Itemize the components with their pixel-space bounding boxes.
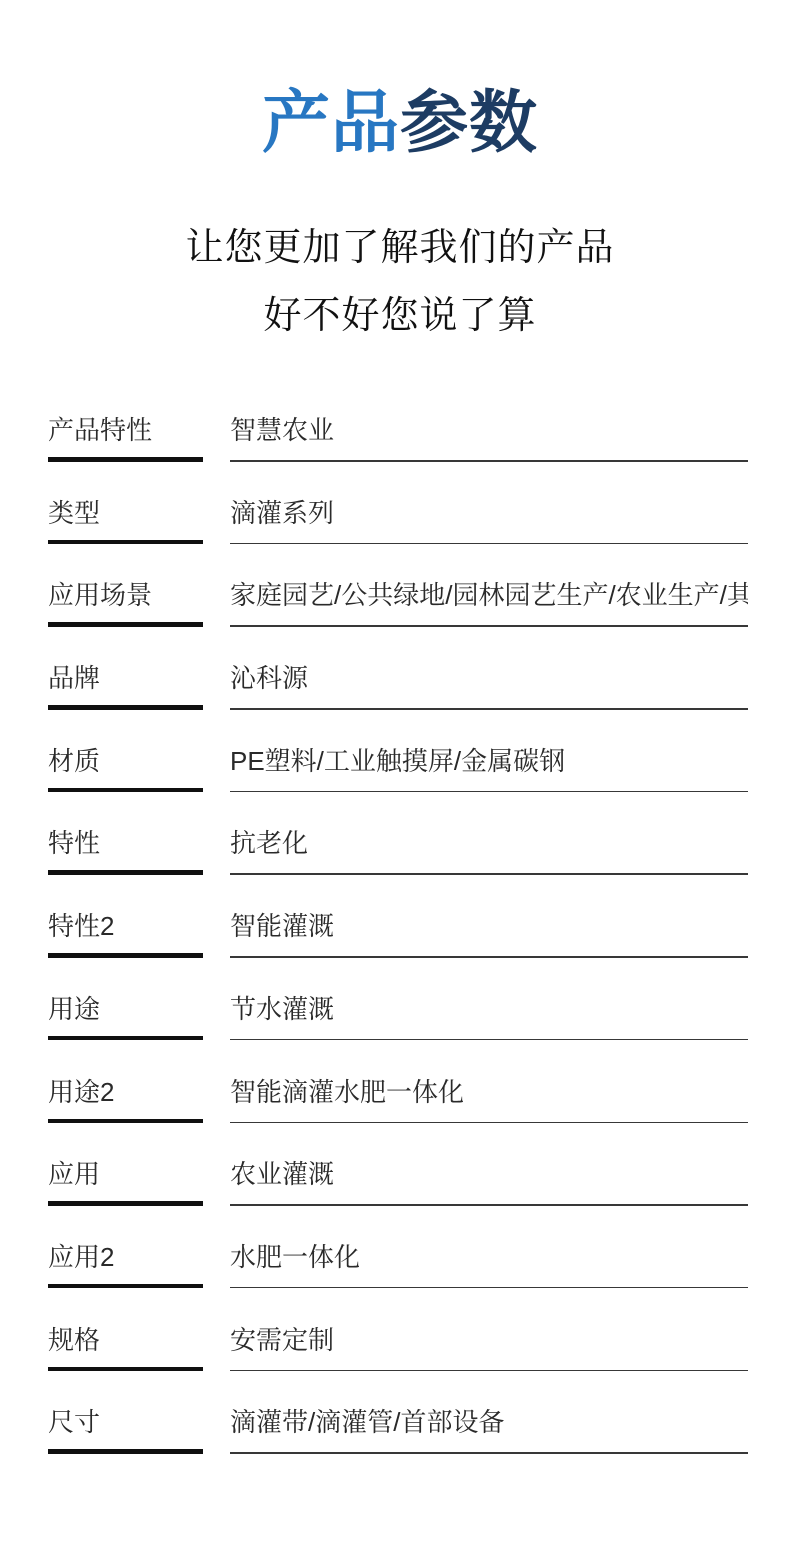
- label-underline: [48, 540, 203, 545]
- spec-row: 产品特性 智慧农业: [48, 400, 748, 483]
- spec-row: 规格 安需定制: [48, 1310, 748, 1393]
- page-title-part-2: 参数: [400, 85, 538, 161]
- spec-row: 用途 节水灌溉: [48, 979, 748, 1062]
- value-underline: [230, 625, 748, 627]
- spec-value: 安需定制: [230, 1324, 748, 1356]
- value-underline: [230, 1122, 748, 1124]
- value-underline: [230, 1039, 748, 1041]
- spec-label: 应用: [48, 1158, 230, 1190]
- page-title-part-1: 产品: [262, 85, 400, 161]
- value-underline: [230, 956, 748, 958]
- spec-row: 类型 滴灌系列: [48, 483, 748, 566]
- value-underline: [230, 1287, 748, 1289]
- spec-label: 用途: [48, 993, 230, 1025]
- spec-table: 产品特性 智慧农业 类型 滴灌系列 应用场景 家庭园艺/公共绿地/园林园艺生产/…: [48, 400, 748, 1475]
- subtitle: 让您更加了解我们的产品 好不好您说了算: [0, 214, 800, 350]
- spec-value: 沁科源: [230, 662, 748, 694]
- spec-row: 用途2 智能滴灌水肥一体化: [48, 1062, 748, 1145]
- subtitle-line-2: 好不好您说了算: [0, 282, 800, 350]
- spec-label: 品牌: [48, 662, 230, 694]
- spec-row: 应用 农业灌溉: [48, 1144, 748, 1227]
- spec-label: 特性2: [48, 910, 230, 942]
- spec-value: 智能灌溉: [230, 910, 748, 942]
- spec-row: 应用2 水肥一体化: [48, 1227, 748, 1310]
- subtitle-line-1: 让您更加了解我们的产品: [0, 214, 800, 282]
- spec-row: 特性2 智能灌溉: [48, 896, 748, 979]
- label-underline: [48, 953, 203, 958]
- value-underline: [230, 708, 748, 710]
- spec-row: 尺寸 滴灌带/滴灌管/首部设备: [48, 1392, 748, 1475]
- spec-value: 农业灌溉: [230, 1158, 748, 1190]
- spec-row: 应用场景 家庭园艺/公共绿地/园林园艺生产/农业生产/其: [48, 565, 748, 648]
- spec-label: 规格: [48, 1324, 230, 1356]
- label-underline: [48, 1036, 203, 1041]
- spec-label: 应用2: [48, 1241, 230, 1273]
- spec-value: PE塑料/工业触摸屏/金属碳钢: [230, 745, 748, 777]
- spec-label: 产品特性: [48, 414, 230, 446]
- spec-row: 品牌 沁科源: [48, 648, 748, 731]
- spec-value: 抗老化: [230, 827, 748, 859]
- label-underline: [48, 870, 203, 875]
- spec-value: 节水灌溉: [230, 993, 748, 1025]
- spec-label: 特性: [48, 827, 230, 859]
- spec-value: 智慧农业: [230, 414, 748, 446]
- label-underline: [48, 1367, 203, 1372]
- spec-value: 滴灌带/滴灌管/首部设备: [230, 1406, 748, 1438]
- value-underline: [230, 1370, 748, 1372]
- spec-label: 材质: [48, 745, 230, 777]
- value-underline: [230, 791, 748, 793]
- label-underline: [48, 622, 203, 627]
- page-title: 产品参数: [0, 78, 800, 168]
- value-underline: [230, 460, 748, 462]
- label-underline: [48, 1119, 203, 1124]
- spec-value: 滴灌系列: [230, 497, 748, 529]
- label-underline: [48, 1449, 203, 1454]
- spec-row: 特性 抗老化: [48, 813, 748, 896]
- value-underline: [230, 543, 748, 545]
- label-underline: [48, 457, 203, 462]
- spec-value: 水肥一体化: [230, 1241, 748, 1273]
- value-underline: [230, 1204, 748, 1206]
- spec-value: 智能滴灌水肥一体化: [230, 1076, 748, 1108]
- spec-label: 尺寸: [48, 1406, 230, 1438]
- spec-label: 类型: [48, 497, 230, 529]
- label-underline: [48, 705, 203, 710]
- spec-row: 材质 PE塑料/工业触摸屏/金属碳钢: [48, 731, 748, 814]
- label-underline: [48, 788, 203, 793]
- spec-label: 用途2: [48, 1076, 230, 1108]
- value-underline: [230, 1452, 748, 1454]
- label-underline: [48, 1201, 203, 1206]
- product-parameters-page: 产品参数 让您更加了解我们的产品 好不好您说了算 产品特性 智慧农业 类型 滴灌…: [0, 0, 800, 1568]
- label-underline: [48, 1284, 203, 1289]
- spec-label: 应用场景: [48, 579, 230, 611]
- value-underline: [230, 873, 748, 875]
- spec-value: 家庭园艺/公共绿地/园林园艺生产/农业生产/其: [230, 579, 748, 611]
